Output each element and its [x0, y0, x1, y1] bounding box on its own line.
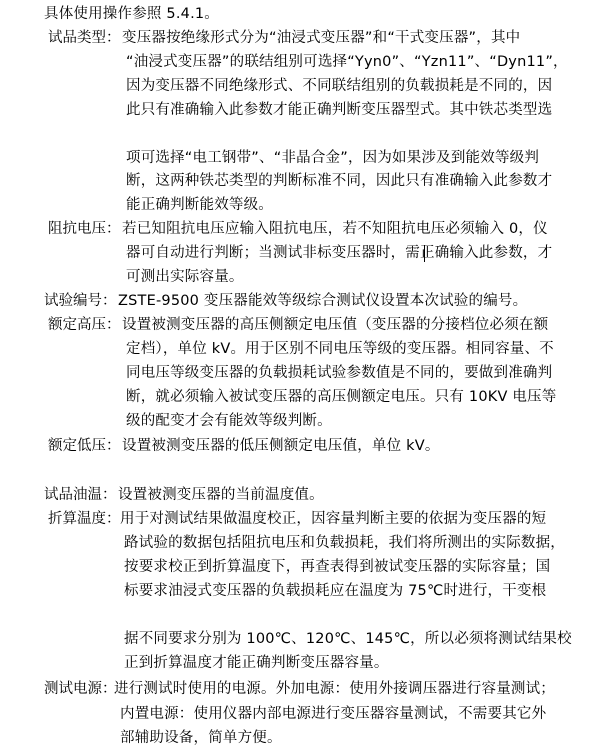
- label-sample-type: 试品类型：: [48, 29, 121, 47]
- text-line: 同电压等级变压器的负载损耗试验参数值是不同的，要做到准确判: [126, 364, 552, 382]
- text-line: 路试验的数据包括阻抗电压和负载损耗，我们将所测出的实际数据，: [124, 534, 565, 552]
- label-test-number: 试验编号：: [44, 292, 117, 310]
- text-line: 用于对测试结果做温度校正，因容量判断主要的依据为变压器的短: [120, 510, 546, 528]
- text-line: 级的配变才会有能效等级判断。: [126, 412, 332, 430]
- text-line: 设置被测变压器的当前温度值。: [118, 486, 324, 504]
- document-page: 具体使用操作参照 5.4.1。 试品类型： 变压器按绝缘形式分为“油浸式变压器”…: [0, 0, 604, 756]
- label-test-power: 测试电源：: [44, 680, 117, 698]
- text-line: 内置电源：使用仪器内部电源进行变压器容量测试，不需要其它外: [120, 705, 546, 723]
- text-line: 断，这两种铁芯类型的判断标准不同，因此只有准确输入此参数才: [126, 172, 552, 190]
- text-line: 此只有准确输入此参数才能正确判断变压器型式。其中铁芯类型选: [126, 101, 552, 119]
- text-line: “油浸式变压器”的联结组别可选择“Yyn0”、“Yzn11”、“Dyn11”，: [126, 53, 568, 71]
- text-line: 因为变压器不同绝缘形式、不同联结组别的负载损耗是不同的，因: [126, 77, 552, 95]
- text-line: 设置被测变压器的高压侧额定电压值（变压器的分接档位必须在额: [122, 316, 548, 334]
- label-rated-high-voltage: 额定高压：: [48, 316, 121, 334]
- text-line: 断，就必须输入被试变压器的高压侧额定电压。只有 10KV 电压等: [126, 388, 557, 406]
- label-rated-low-voltage: 额定低压：: [48, 437, 121, 455]
- text-line: 据不同要求分别为 100℃、120℃、145℃，所以必须将测试结果校: [124, 630, 572, 648]
- text-line: 设置被测变压器的低压侧额定电压值，单位 kV。: [122, 437, 440, 455]
- text-line: 进行测试时使用的电源。外加电源：使用外接调压器进行容量测试；: [114, 680, 555, 698]
- label-sample-oil-temp: 试品油温：: [44, 486, 117, 504]
- text-line: ZSTE-9500 变压器能效等级综合测试仪设置本次试验的编号。: [118, 292, 527, 310]
- text-line: 项可选择“电工钢带”、“非晶合金”，因为如果涉及到能效等级判: [126, 149, 539, 167]
- text-line: 变压器按绝缘形式分为“油浸式变压器”和“干式变压器”，其中: [122, 29, 520, 47]
- intro-text: 具体使用操作参照 5.4.1。: [44, 5, 219, 23]
- text-line: 若已知阻抗电压应输入阻抗电压，若不知阻抗电压必须输入 0，仪: [122, 220, 548, 238]
- text-cursor: [424, 245, 425, 262]
- text-line: 能正确判断能效等级。: [126, 196, 273, 214]
- text-line: 按要求校正到折算温度下，再查表得到被试变压器的实际容量；国: [124, 558, 550, 576]
- text-line: 部辅助设备，简单方便。: [120, 729, 282, 747]
- text-line: 器可自动进行判断；当测试非标变压器时，需正确输入此参数，才: [126, 244, 552, 262]
- text-line: 可测出实际容量。: [126, 268, 244, 286]
- text-line: 标要求油浸式变压器的负载损耗应在温度为 75℃时进行，干变根: [124, 582, 546, 600]
- label-impedance-voltage: 阻抗电压：: [48, 220, 121, 238]
- text-line: 定档），单位 kV。用于区别不同电压等级的变压器。相同容量、不: [126, 340, 554, 358]
- text-line: 正到折算温度才能正确判断变压器容量。: [124, 654, 389, 672]
- label-conversion-temp: 折算温度：: [48, 510, 121, 528]
